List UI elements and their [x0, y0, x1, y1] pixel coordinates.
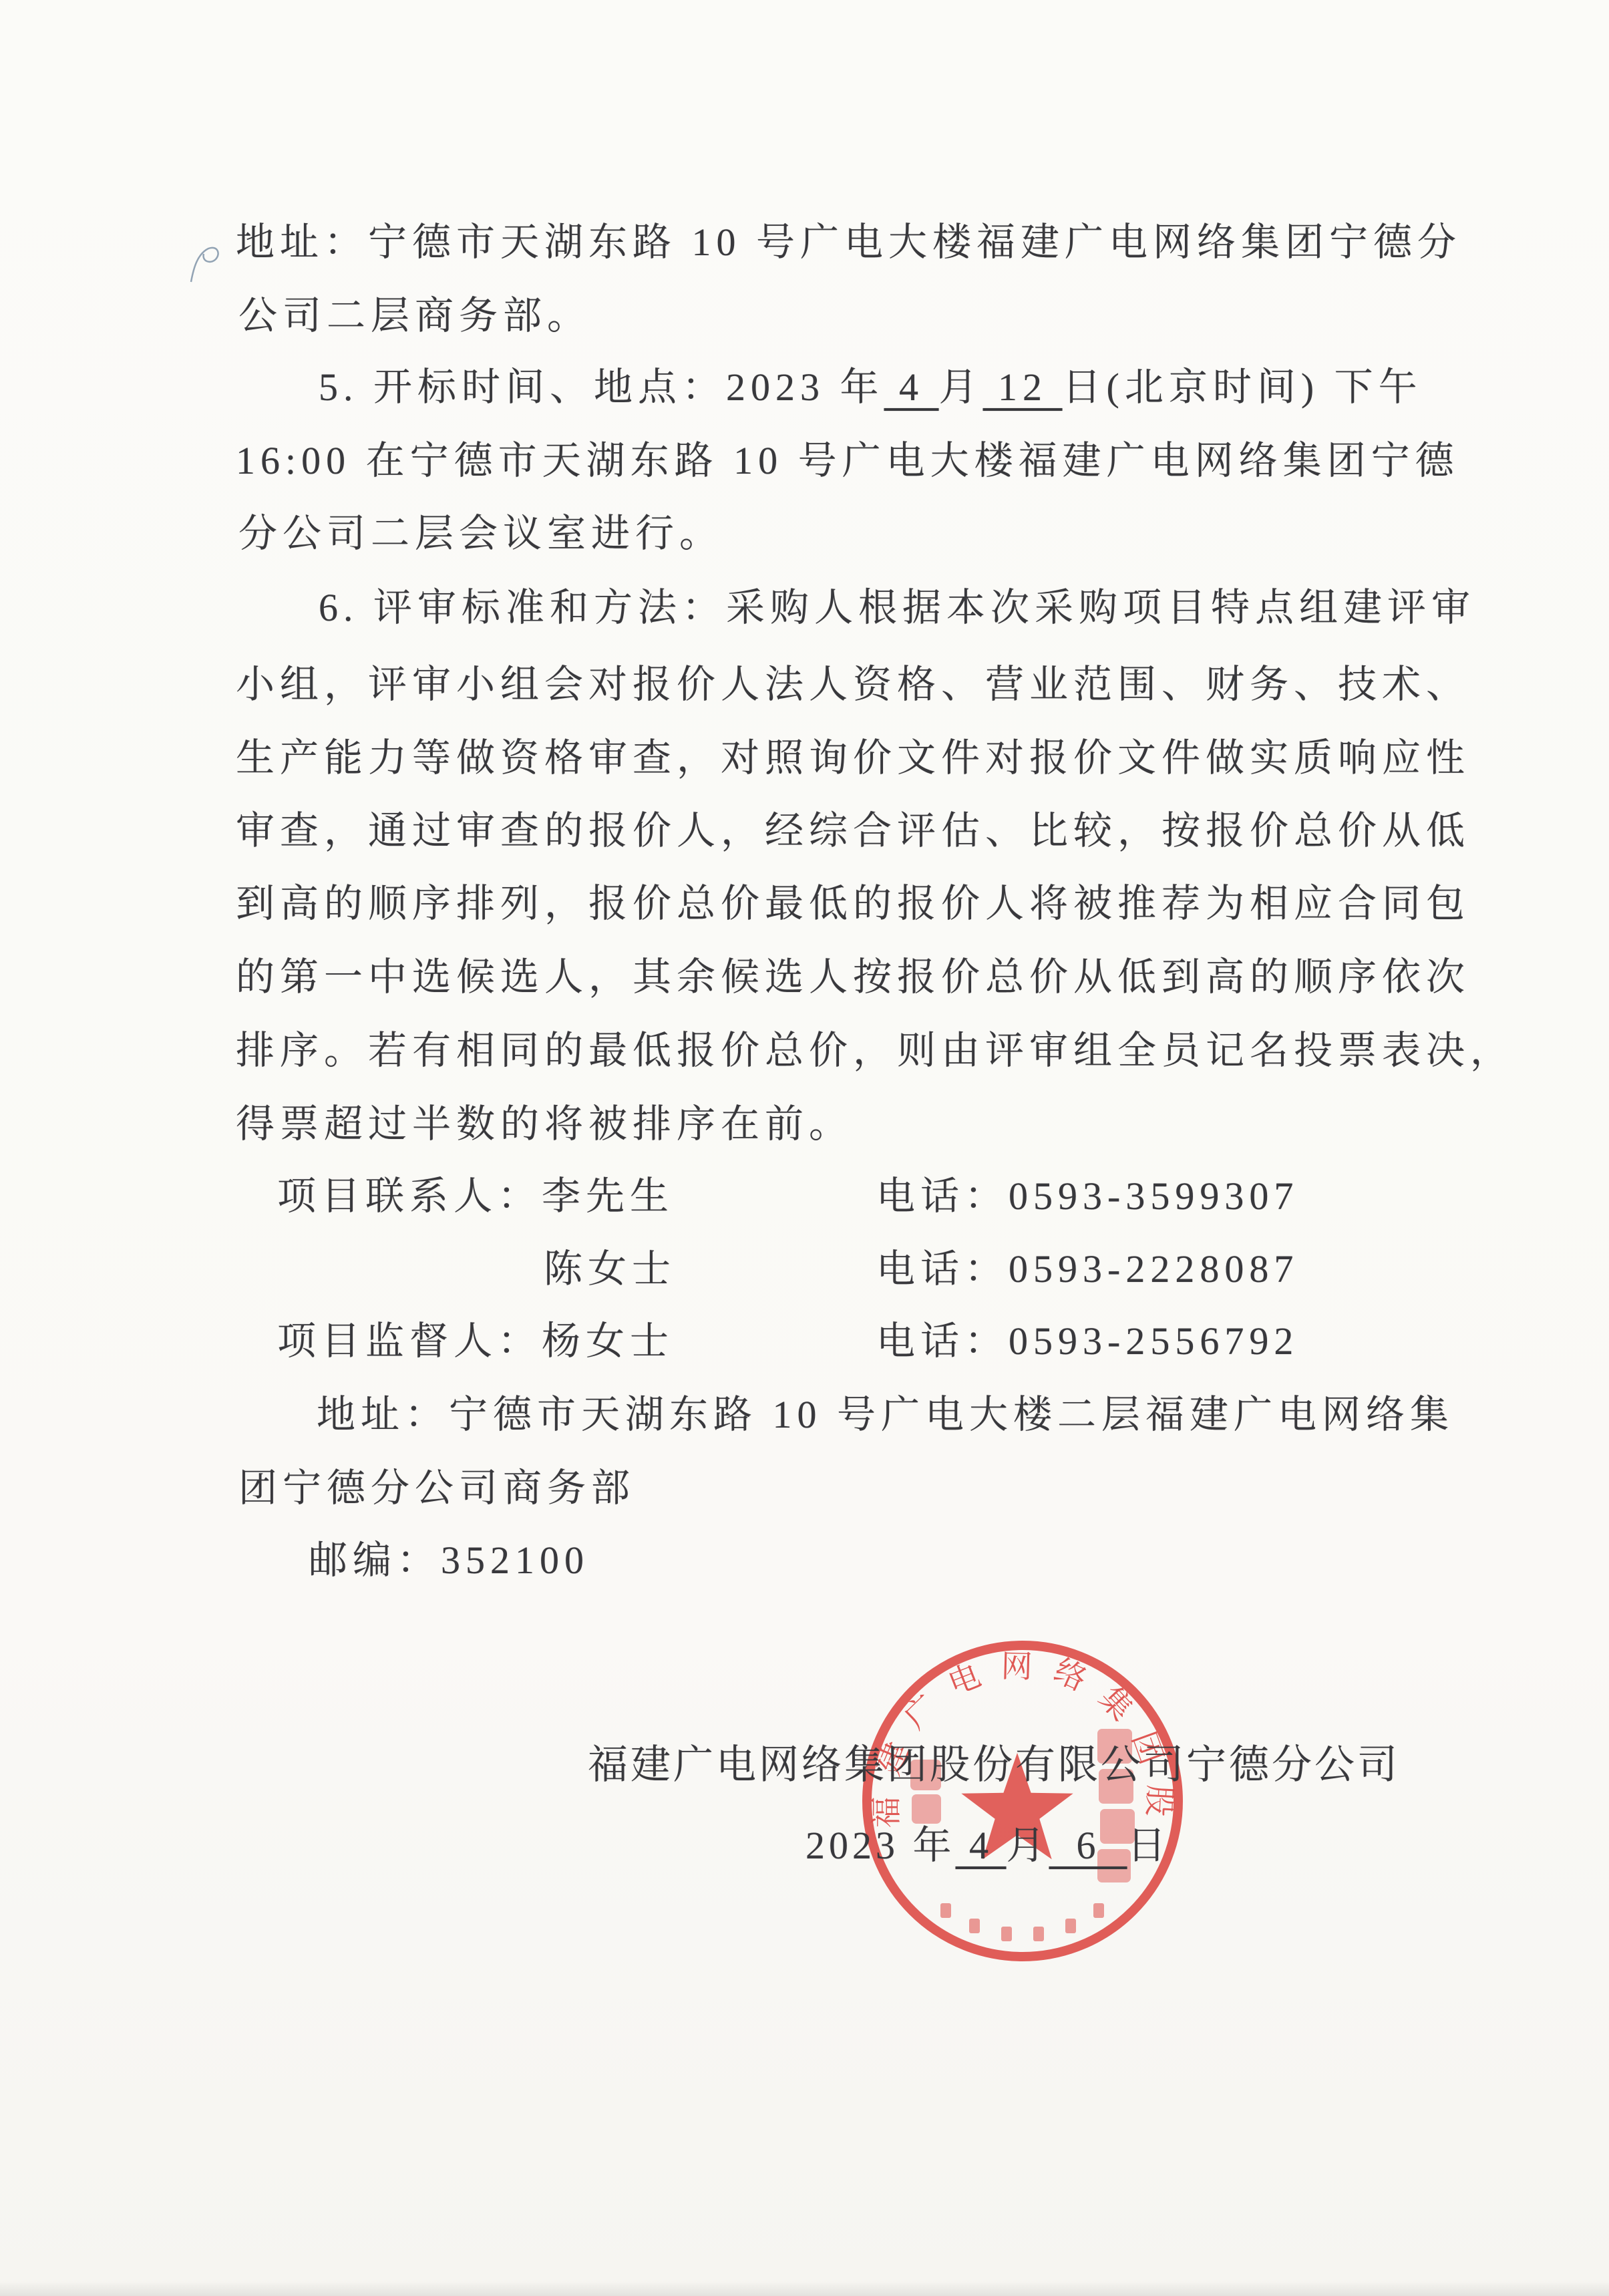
signature-date: 2023 年 4 月 6 日 [806, 1824, 1170, 1868]
project-supervisor-phone: 电话：0593-2556792 [876, 1319, 1298, 1364]
contact-row: 项目监督人：杨女士电话：0593-2556792 [277, 1319, 674, 1364]
project-contact-name: 项目联系人：李先生 [277, 1174, 674, 1218]
address1-line2: 公司二层商务部。 [238, 294, 591, 339]
item5-line2: 16:00 在宁德市天湖东路 10 号广电大楼福建广电网络集团宁德 [236, 439, 1459, 484]
item6-line7: 排序。若有相同的最低报价总价，则由评审组全员记名投票表决， [236, 1029, 1514, 1074]
item6-line2: 小组，评审小组会对报价人法人资格、营业范围、财务、技术、 [236, 663, 1470, 707]
pen-squiggle-artifact [187, 240, 227, 287]
item6-line5: 到高的顺序排列，报价总价最低的报价人将被推荐为相应合同包 [236, 882, 1470, 927]
postal-code: 邮编：352100 [309, 1538, 589, 1583]
item6-line6: 的第一中选候选人，其余候选人按报价总价从低到高的顺序依次 [236, 955, 1470, 1000]
project-supervisor-name: 项目监督人：杨女士 [277, 1319, 674, 1363]
address2-line2: 团宁德分公司商务部 [238, 1466, 635, 1511]
item5-pre: 5. 开标时间、地点：2023 年 [319, 365, 884, 409]
contact-row: 陈女士电话：0593-2228087 [544, 1247, 676, 1292]
project-contact2-phone: 电话：0593-2228087 [876, 1247, 1298, 1292]
item6-line4: 审查，通过审查的报价人，经综合评估、比较，按报价总价从低 [236, 809, 1470, 854]
official-seal: 福建广电网络集团股份有限公司 [856, 1634, 1190, 1968]
date-day-label: 日 [1127, 1824, 1170, 1867]
date-day-value: 6 [1049, 1824, 1127, 1867]
item5-line3: 分公司二层会议室进行。 [238, 512, 723, 556]
address2-line1: 地址：宁德市天湖东路 10 号广电大楼二层福建广电网络集 [317, 1393, 1454, 1438]
signature-company-name: 福建广电网络集团股份有限公司宁德分公司 [588, 1742, 1400, 1788]
address1-line1: 地址：宁德市天湖东路 10 号广电大楼福建广电网络集团宁德分 [236, 220, 1461, 265]
project-contact-phone: 电话：0593-3599307 [876, 1174, 1298, 1219]
item5-month-value: 4 [884, 365, 939, 409]
item5-line1: 5. 开标时间、地点：2023 年 4 月 12 日(北京时间) 下午 [319, 365, 1423, 410]
project-contact2-name: 陈女士 [544, 1247, 676, 1291]
item5-mid: 月 [939, 365, 983, 409]
date-month-value: 4 [956, 1824, 1007, 1867]
item6-line8: 得票超过半数的将被排序在前。 [236, 1102, 853, 1147]
contact-row: 项目联系人：李先生电话：0593-3599307 [277, 1174, 674, 1219]
item5-post: 日(北京时间) 下午 [1063, 365, 1423, 409]
item6-line3: 生产能力等做资格审查，对照询价文件对报价文件做实质响应性 [236, 736, 1470, 781]
item5-day-value: 12 [983, 365, 1063, 409]
date-month-label: 月 [1007, 1824, 1049, 1867]
date-year: 2023 年 [806, 1824, 956, 1867]
scan-edge-shadow [0, 2281, 1609, 2296]
item6-line1: 6. 评审标准和方法：采购人根据本次采购项目特点组建评审 [319, 586, 1475, 631]
seal-bottom-marks [940, 1903, 1104, 1941]
scanned-document-page: 福建广电网络集团股份有限公司 地址：宁德市天湖东路 10 [0, 0, 1609, 2296]
